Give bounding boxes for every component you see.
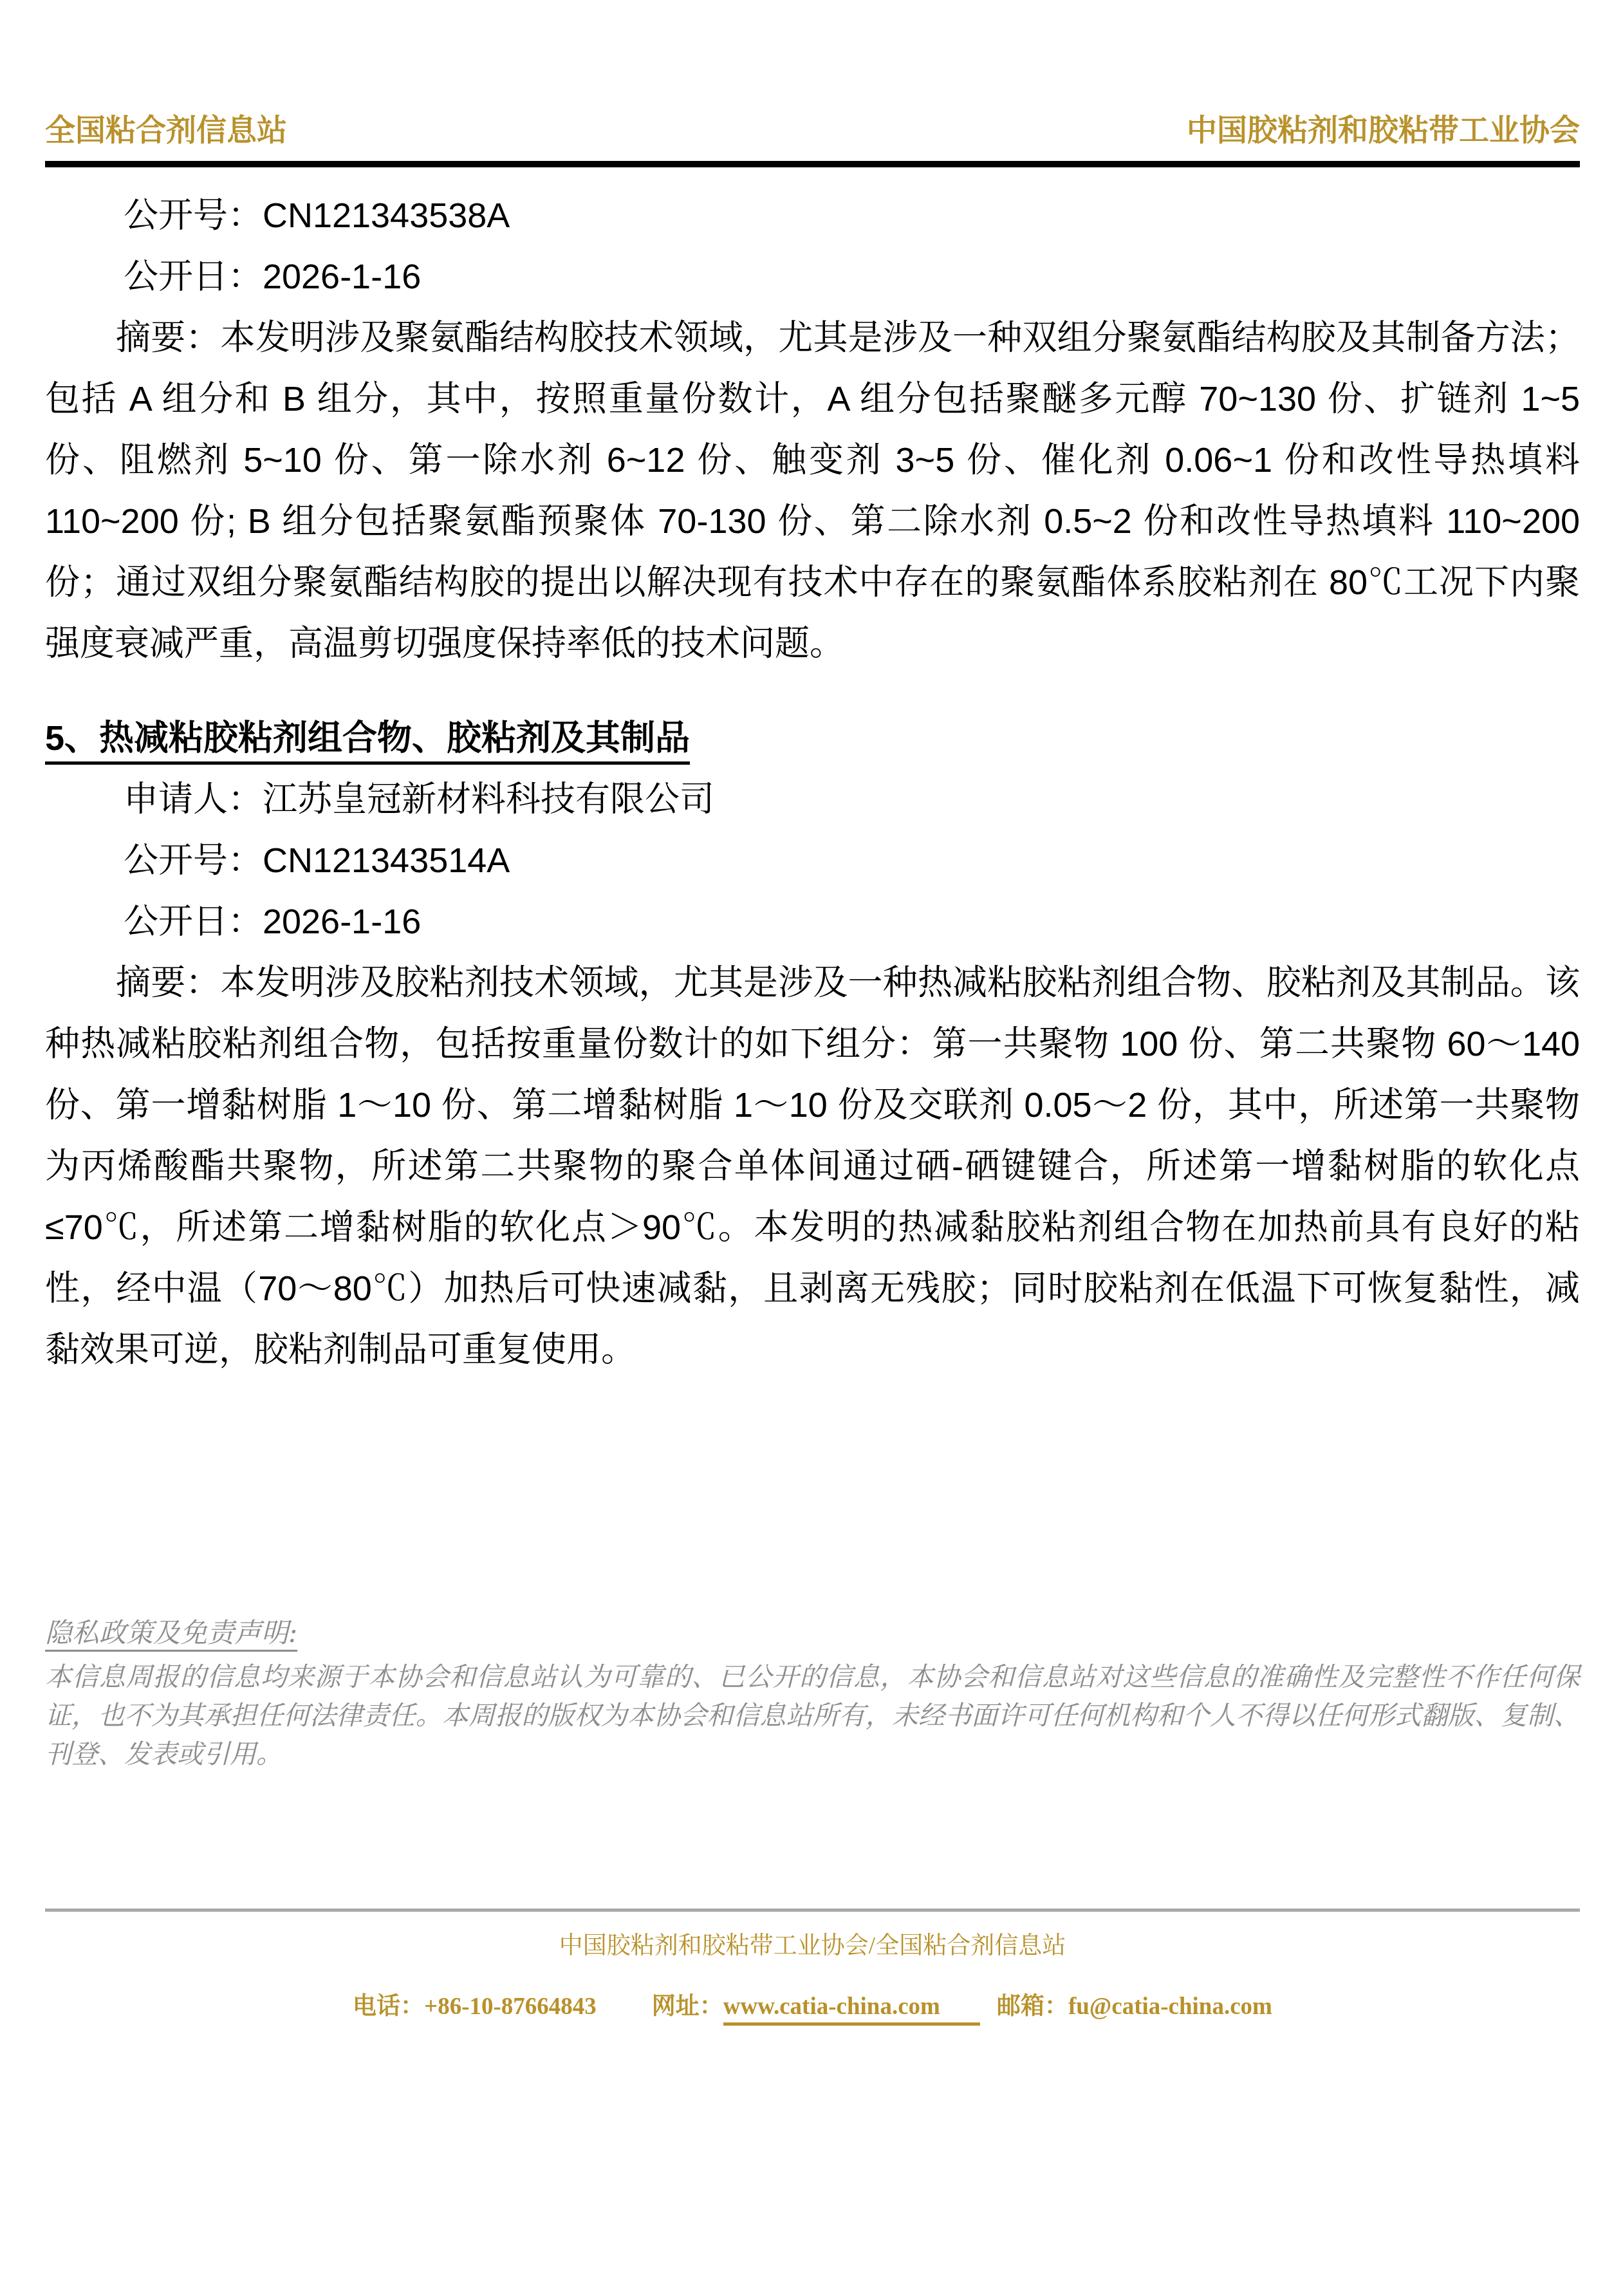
document-body: 公开号：CN121343538A 公开日：2026-1-16 摘要：本发明涉及聚… (45, 185, 1580, 1381)
phone-label: 电话： (353, 1993, 424, 2020)
header-right-title: 中国胶粘剂和胶粘带工业协会 (1187, 109, 1580, 152)
abstract-paragraph: 摘要：本发明涉及聚氨酯结构胶技术领域，尤其是涉及一种双组分聚氨酯结构胶及其制备方… (45, 308, 1580, 675)
section-5-heading-text: 5、热减粘胶粘剂组合物、胶粘剂及其制品 (45, 719, 690, 758)
publication-number-label-2: 公开号： (124, 841, 263, 880)
email-label: 邮箱： (997, 1993, 1068, 2020)
applicant-line: 申请人：江苏皇冠新材料科技有限公司 (45, 769, 1580, 830)
disclaimer-body: 本信息周报的信息均来源于本协会和信息站认为可靠的、已公开的信息，本协会和信息站对… (45, 1657, 1580, 1773)
publication-number-value-2: CN121343514A (263, 841, 510, 880)
applicant-label: 申请人： (124, 780, 263, 819)
disclaimer-section: 隐私政策及免责声明: 本信息周报的信息均来源于本协会和信息站认为可靠的、已公开的… (45, 1612, 1580, 1773)
publication-date-label-2: 公开日： (124, 902, 263, 941)
abstract-paragraph-2: 摘要：本发明涉及胶粘剂技术领域，尤其是涉及一种热减粘胶粘剂组合物、胶粘剂及其制品… (45, 953, 1580, 1381)
website-label: 网址： (652, 1993, 723, 2020)
page-footer: 中国胶粘剂和胶粘带工业协会/全国粘合剂信息站 电话：+86-10-8766484… (45, 1909, 1580, 2025)
publication-date-line-2: 公开日：2026-1-16 (45, 891, 1580, 953)
document-page: 全国粘合剂信息站 中国胶粘剂和胶粘带工业协会 公开号：CN121343538A … (0, 0, 1623, 2296)
website-link[interactable]: www.catia-china.com (723, 1993, 980, 2026)
publication-number-label: 公开号： (124, 196, 263, 235)
publication-date-line: 公开日：2026-1-16 (45, 247, 1580, 308)
email-value: fu@catia-china.com (1068, 1993, 1272, 2020)
footer-organization-line: 中国胶粘剂和胶粘带工业协会/全国粘合剂信息站 (45, 1930, 1580, 1963)
disclaimer-title: 隐私政策及免责声明: (45, 1617, 297, 1648)
page-content: 全国粘合剂信息站 中国胶粘剂和胶粘带工业协会 公开号：CN121343538A … (0, 0, 1623, 2025)
disclaimer-title-line: 隐私政策及免责声明: (45, 1612, 1580, 1654)
applicant-value: 江苏皇冠新材料科技有限公司 (263, 780, 714, 819)
section-5-heading: 5、热减粘胶粘剂组合物、胶粘剂及其制品 (45, 708, 1580, 769)
publication-date-label: 公开日： (124, 257, 263, 296)
page-header: 全国粘合剂信息站 中国胶粘剂和胶粘带工业协会 (45, 109, 1580, 152)
publication-date-value: 2026-1-16 (263, 257, 421, 296)
publication-number-line: 公开号：CN121343538A (45, 185, 1580, 247)
header-left-title: 全国粘合剂信息站 (45, 109, 287, 152)
footer-rule (45, 1909, 1580, 1912)
publication-number-value: CN121343538A (263, 196, 510, 235)
publication-date-value-2: 2026-1-16 (263, 902, 421, 941)
phone-value: +86-10-87664843 (424, 1993, 597, 2020)
header-rule (45, 161, 1580, 167)
publication-number-line-2: 公开号：CN121343514A (45, 830, 1580, 891)
footer-contact-line: 电话：+86-10-87664843网址：www.catia-china.com… (45, 1989, 1580, 2025)
